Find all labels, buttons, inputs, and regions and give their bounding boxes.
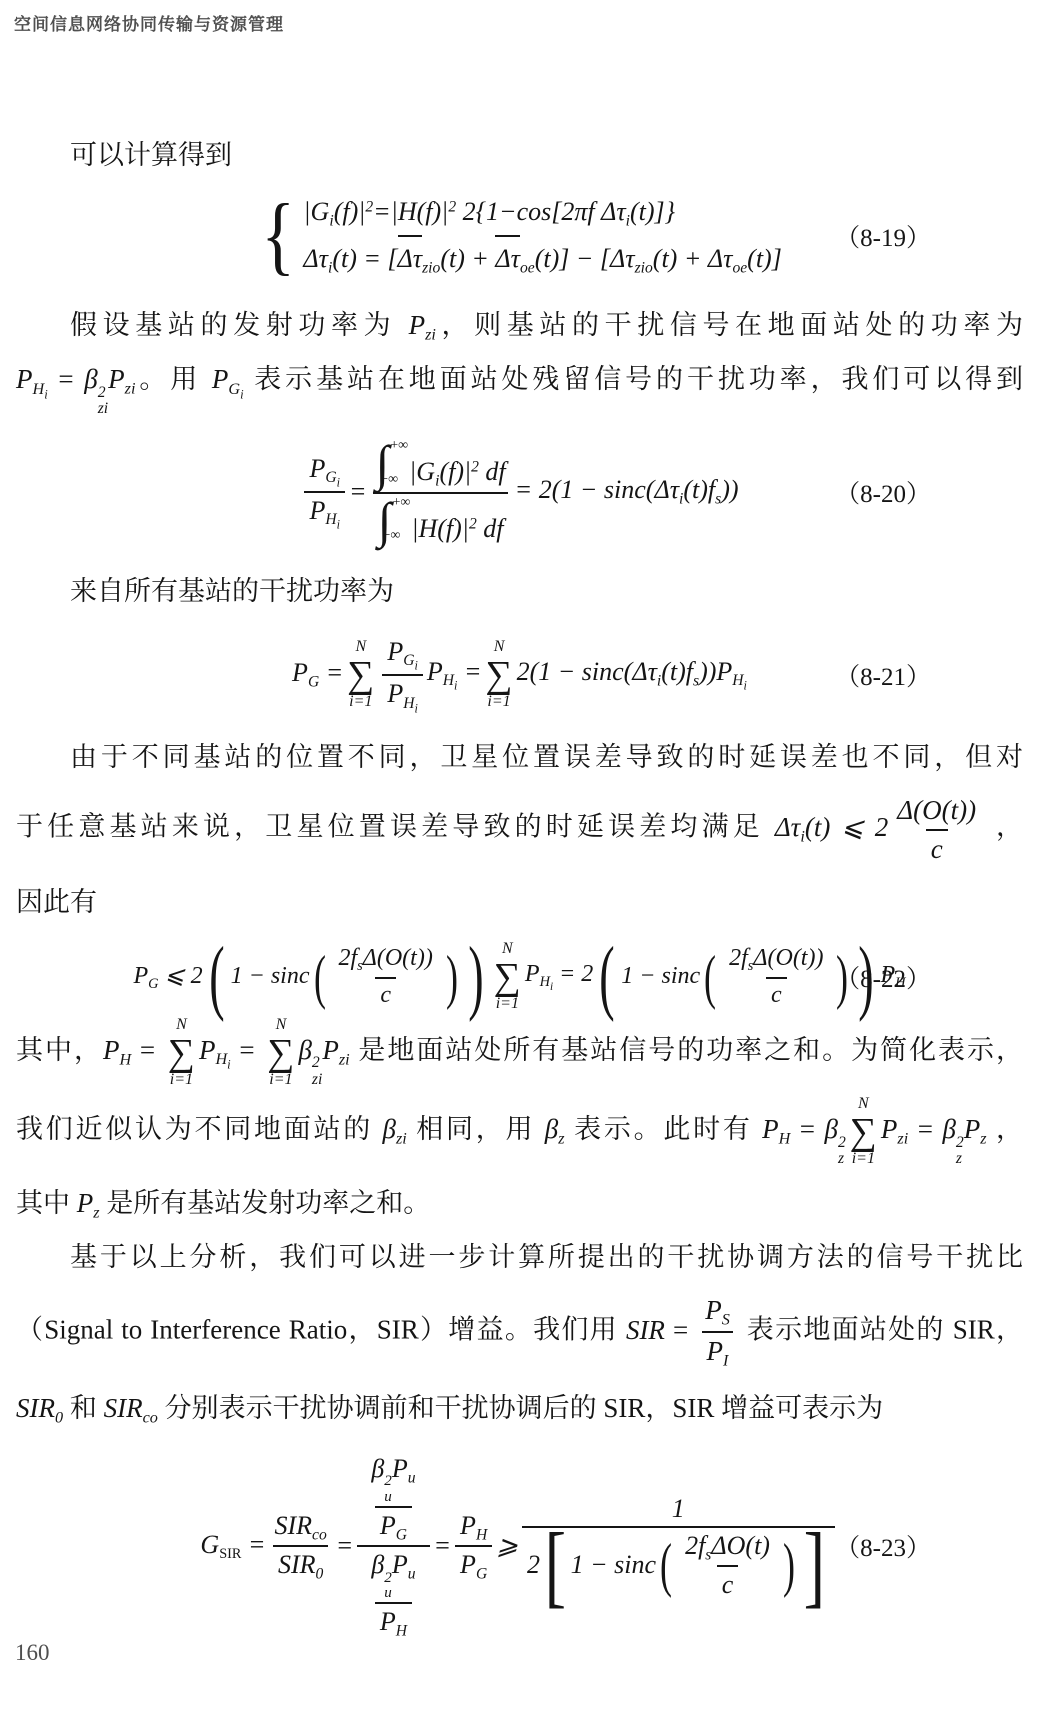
group: β2uPu: [366, 1547, 420, 1602]
math-token: P: [108, 364, 125, 394]
math-token: 因此有: [16, 887, 97, 917]
math-token: Δτ: [495, 235, 520, 281]
math-token: G: [148, 976, 158, 992]
group: Hi: [540, 974, 554, 990]
equation-8-23: GSIR = SIRcoSIR0 = β2uPuPG β2uPuPH = PHP…: [16, 1451, 1023, 1642]
math-token: 1 − sinc: [621, 963, 700, 990]
math-token: (f)|: [439, 457, 471, 486]
math-token: H: [403, 695, 414, 712]
group: PHi = 2: [525, 961, 593, 993]
math-token: oe: [520, 259, 535, 276]
equation-8-20: PGiPHi = ∫+∞−∞|Gi(f)|2 df ∫+∞−∞|H(f)|2 d…: [16, 437, 1023, 546]
group: Hi: [732, 672, 747, 689]
math-token: 2: [471, 459, 479, 476]
group: Pz: [77, 1188, 100, 1218]
fraction-2fsDelta-c: 2fsΔ(O(t))c: [333, 942, 437, 1011]
math-token: H: [476, 1526, 487, 1543]
group: PH: [375, 1602, 412, 1642]
integral: ∫+∞−∞: [378, 494, 412, 546]
fraction-2fsDelta-c: 2fsΔ(O(t))c: [724, 942, 828, 1011]
group: SIRco: [270, 1508, 332, 1546]
math-token: co: [143, 1409, 158, 1427]
group: Hi: [443, 672, 458, 689]
group: PG: [455, 1545, 492, 1585]
math-token: H: [215, 1050, 227, 1068]
group: 2u: [384, 1571, 392, 1603]
math-token: β: [545, 1114, 558, 1144]
summation: N∑i=1: [850, 1096, 877, 1168]
math-token: zi: [425, 326, 436, 344]
math-token: = 2: [553, 961, 593, 987]
math-token: zi: [98, 401, 108, 417]
math-token: ⩾: [496, 1531, 518, 1561]
math-token: 2: [98, 385, 106, 401]
paragraph-PH-line3: 其中 Pz 是所有基站发射功率之和。: [16, 1176, 1023, 1230]
math-token: (t)f: [683, 475, 715, 504]
group: SIR = PSPI: [626, 1315, 739, 1345]
fraction-SIR: SIRcoSIR0: [270, 1508, 332, 1585]
math-token: β: [942, 1114, 955, 1144]
math-token: i: [744, 678, 747, 692]
page-content: 可以计算得到 { |Gi(f)|2=|H(f)|2 2{1−cos[2πf Δτ…: [16, 124, 1023, 1642]
math-token: P: [762, 1114, 779, 1144]
group: PS: [700, 1292, 735, 1332]
summation: N∑i=1: [267, 1017, 294, 1089]
math-token: +∞: [390, 437, 408, 456]
math-token: H: [443, 672, 454, 689]
math-token: Δτ: [303, 244, 328, 273]
group: PH: [455, 1508, 492, 1546]
math-token: P: [387, 637, 403, 666]
group: GSIR =: [200, 1530, 265, 1563]
paragraph-sir-line2: （Signal to Interference Ratio，SIR）增益。我们用…: [16, 1284, 1023, 1381]
math-token: u: [384, 1490, 392, 1506]
math-token: =: [336, 1531, 354, 1561]
math-token: P: [705, 1295, 722, 1325]
math-token: zi: [125, 380, 136, 398]
math-token: β: [383, 1114, 396, 1144]
group: βz: [545, 1114, 565, 1144]
math-token: G: [396, 1526, 407, 1543]
math-token: β: [371, 1454, 384, 1483]
math-token: β: [298, 1035, 311, 1065]
group: PH = β2z: [762, 1114, 846, 1144]
group: 2z: [956, 1135, 964, 1168]
math-token: =: [457, 657, 481, 686]
summation: N∑i=1: [494, 941, 521, 1013]
group: PHi =: [199, 1035, 263, 1065]
math-token: zi: [897, 1130, 908, 1148]
math-token: =: [665, 1315, 696, 1345]
math-token: 假设基站的发射功率为: [70, 310, 409, 340]
math-token: 1 − sinc: [231, 963, 310, 990]
math-token: i=1: [487, 694, 510, 711]
math-token: H: [33, 380, 45, 398]
math-token: SIR: [219, 1546, 241, 1562]
math-token: 2f: [338, 945, 357, 971]
math-token: 1 − sinc: [571, 1547, 656, 1582]
math-token: P: [460, 1511, 476, 1540]
paragraph-assume-line2: PHi = β2ziPzi。用 PGi 表示基站在地面站处残留信号的干扰功率，我…: [16, 352, 1023, 417]
group: 2fsΔ(O(t)): [724, 942, 828, 976]
math-token: Δ(O(t)): [363, 945, 433, 971]
fraction-PGi-PHi: PGiPHi: [304, 451, 345, 533]
math-token: SIR: [278, 1550, 316, 1579]
math-token: 和: [63, 1393, 104, 1423]
group: = 2(1 − sinc(Δτi(t)fs)): [515, 475, 739, 508]
group: 2[1 − sinc(2fsΔO(t)c)]: [522, 1526, 835, 1603]
math-token: G: [325, 469, 336, 486]
math-token: G: [476, 1566, 487, 1583]
math-token: ))P: [699, 657, 732, 686]
group: PGi: [212, 364, 244, 394]
equation-8-21: PG = N∑i=1 PGiPHi PHi = N∑i=1 2(1 − sinc…: [16, 634, 1023, 716]
math-token: =|H(f)|: [373, 197, 448, 226]
math-token: H: [325, 511, 336, 528]
group: Gi: [325, 469, 340, 486]
group: PI: [702, 1331, 734, 1373]
group: Hi: [215, 1050, 230, 1068]
group: ∫+∞−∞|Gi(f)|2 df: [371, 437, 511, 492]
math-token: (t)]: [747, 244, 782, 273]
math-token: df: [479, 457, 506, 486]
paragraph-delay-line3: 因此有: [16, 875, 1023, 929]
math-token: u: [408, 1469, 416, 1486]
page-number: 160: [15, 1640, 50, 1666]
group: β2uPuPG: [366, 1451, 420, 1545]
math-token: c: [926, 829, 948, 867]
math-token: i=1: [170, 1072, 193, 1089]
math-token: ΔO(t): [711, 1531, 770, 1560]
math-token: SIR: [104, 1393, 143, 1423]
group: 2zi: [98, 385, 108, 418]
math-token: 2: [312, 1055, 320, 1071]
math-token: (t)f: [661, 657, 693, 686]
math-token: 相同，用: [407, 1114, 545, 1144]
group: β2uPuPG: [357, 1451, 429, 1545]
math-token: ，: [985, 812, 1023, 842]
math-token: i=1: [496, 996, 519, 1013]
math-token: i: [337, 517, 340, 531]
math-token: i: [415, 659, 418, 673]
math-token: z: [956, 1151, 962, 1167]
math-token: H: [119, 1050, 131, 1068]
math-token: P: [380, 1607, 396, 1636]
math-token: 2: [384, 1474, 392, 1490]
math-token: G: [200, 1530, 219, 1559]
math-token: P: [387, 679, 403, 708]
math-token: Δτ: [398, 235, 423, 281]
math-token: (t)]}: [630, 197, 675, 226]
math-token: ，则基站的干扰信号在地面站处的功率为: [436, 310, 1023, 340]
group: β2uPuPH: [366, 1547, 420, 1641]
math-token: P: [964, 1114, 981, 1144]
math-token: = 2(1 − sinc(Δτ: [515, 475, 679, 504]
math-token: 2: [838, 1135, 846, 1151]
group: βzi: [383, 1114, 407, 1144]
math-token: zi: [312, 1072, 322, 1088]
paragraph-PH-line1: 其中，PH = N∑i=1PHi = N∑i=1β2ziPzi 是地面站处所有基…: [16, 1017, 1023, 1089]
group: ∫+∞−∞|H(f)|2 df: [373, 492, 509, 546]
summation: N∑i=1: [168, 1017, 195, 1089]
equation-number: （8-20）: [835, 474, 931, 510]
math-token: =: [231, 1035, 264, 1065]
group: 2(1 − sinc(Δτi(t)fs))PHi: [517, 657, 747, 694]
math-token: β: [84, 364, 97, 394]
fraction-nested: β2uPuPG β2uPuPH: [357, 1451, 429, 1642]
fraction-PGi-PHi: PGiPHi: [382, 634, 423, 716]
group: 2z: [838, 1135, 846, 1168]
math-token: (t) + Δτ: [653, 244, 733, 273]
group: Hi: [403, 695, 418, 712]
math-token: G: [228, 380, 240, 398]
math-token: c: [766, 977, 787, 1011]
math-token: 表示基站在地面站处残留信号的干扰功率，我们可以得到: [244, 364, 1023, 394]
math-token: 2f: [729, 945, 748, 971]
math-token: zio: [422, 259, 440, 276]
math-token: P: [292, 658, 308, 687]
group: β2uPuPH: [357, 1545, 429, 1641]
equation-number: （8-21）: [835, 657, 931, 693]
group: 2[1 − sinc(2fsΔO(t)c)]: [527, 1528, 830, 1603]
running-header-title: 空间信息网络协同传输与资源管理: [14, 10, 284, 35]
fraction-bound: 1 2[1 − sinc(2fsΔO(t)c)]: [522, 1491, 835, 1603]
math-token: P: [392, 1550, 408, 1579]
math-token: 2(1 − sinc(Δτ: [517, 657, 657, 686]
math-token: 2: [956, 1135, 964, 1151]
math-token: P: [199, 1035, 216, 1065]
math-token: u: [384, 1586, 392, 1602]
math-token: 我们近似认为不同地面站的: [16, 1114, 383, 1144]
group: Pzi: [409, 310, 436, 340]
math-token: 表示。此时有: [565, 1114, 763, 1144]
math-token: P: [16, 364, 33, 394]
math-token: 其中，: [16, 1035, 103, 1065]
math-token: 是所有基站发射功率之和。: [100, 1188, 431, 1218]
math-token: (t) = [: [332, 244, 397, 273]
group: PHi = β2ziPzi: [16, 364, 135, 394]
group: Δτi(t) ⩽ 2Δ(O(t))c: [775, 812, 985, 842]
math-token: Δ(O(t)): [753, 945, 823, 971]
math-token: i=1: [349, 694, 372, 711]
group: β2ziPzi: [298, 1035, 349, 1065]
math-token: i=1: [852, 1151, 875, 1168]
equation-8-19-cases: |Gi(f)|2=|H(f)|2 2{1−cos[2πf Δτi(t)]} Δτ…: [303, 190, 781, 282]
math-token: |G: [409, 457, 435, 486]
math-token: S: [722, 1311, 730, 1329]
math-token: ∑: [494, 958, 521, 996]
group: β2uPu: [366, 1451, 420, 1506]
math-token: 2: [469, 515, 477, 532]
math-token: =: [48, 364, 85, 394]
math-token: 2: [527, 1547, 540, 1582]
math-token: 2: [365, 198, 373, 215]
math-token: 来自所有基站的干扰功率为: [70, 576, 394, 606]
math-token: H: [396, 1623, 407, 1640]
math-token: ∑: [347, 656, 374, 694]
paragraph-assume-line1: 假设基站的发射功率为 Pzi，则基站的干扰信号在地面站处的功率为: [16, 298, 1023, 352]
math-token: zio: [635, 259, 653, 276]
math-token: ，: [987, 1114, 1024, 1144]
math-token: ⩽ 2: [159, 963, 203, 989]
math-token: P: [427, 657, 443, 686]
math-token: 2: [448, 198, 456, 215]
group: 2fsΔ(O(t)): [333, 942, 437, 976]
math-token: H: [732, 672, 743, 689]
math-token: 是地面站处所有基站信号的功率之和。为简化表示，: [350, 1035, 1023, 1065]
math-token: P: [309, 496, 325, 525]
paragraph-intro: 可以计算得到: [16, 128, 1023, 182]
group: PHi =: [427, 657, 482, 694]
math-token: P: [133, 963, 148, 989]
group: PSPI: [700, 1292, 735, 1373]
equation-number: （8-23）: [835, 1528, 931, 1564]
math-token: |H(f)|: [411, 514, 469, 543]
math-token: N: [276, 1017, 287, 1034]
math-token: (f)|: [334, 197, 366, 226]
group: PH =: [103, 1035, 164, 1065]
math-token: (t) +: [440, 244, 495, 273]
math-token: 分别表示干扰协调前和干扰协调后的 SIR，SIR 增益可表示为: [158, 1393, 883, 1423]
group: Pzi = β2zPz: [881, 1114, 987, 1144]
math-token: 于任意基站来说，卫星位置误差导致的时延误差均满足: [16, 812, 775, 842]
equation-number: （8-22）: [835, 959, 931, 995]
math-token: G: [403, 652, 414, 669]
math-token: N: [176, 1017, 187, 1034]
math-token: −∞: [382, 527, 400, 546]
math-token: =: [790, 1114, 824, 1144]
math-token: 其中: [16, 1188, 77, 1218]
group: 2fsΔO(t): [680, 1528, 775, 1566]
math-token: co: [312, 1526, 327, 1543]
math-token: P: [707, 1336, 724, 1366]
math-token: P: [409, 310, 426, 340]
math-token: P: [309, 454, 325, 483]
paragraph-delay-line1: 由于不同基站的位置不同，卫星位置误差导致的时延误差也不同，但对: [16, 730, 1023, 784]
group: 2fsΔO(t)c: [680, 1528, 775, 1603]
math-token: =: [131, 1035, 164, 1065]
group: +∞−∞: [387, 437, 405, 489]
math-token: =: [241, 1530, 265, 1559]
math-token: z: [838, 1151, 844, 1167]
integral: ∫+∞−∞: [376, 437, 410, 489]
math-token: 。用: [135, 364, 211, 394]
math-token: SIR: [626, 1315, 665, 1345]
paragraph-interference: 来自所有基站的干扰功率为: [16, 564, 1023, 618]
math-token: 1: [667, 1491, 690, 1526]
summation: N∑i=1: [485, 639, 512, 711]
math-token: SIR: [275, 1511, 313, 1540]
group: PHi: [382, 674, 423, 716]
math-token: H: [540, 974, 550, 990]
math-token: β: [825, 1114, 838, 1144]
equation-8-19: { |Gi(f)|2=|H(f)|2 2{1−cos[2πf Δτi(t)]} …: [16, 190, 1023, 282]
equation-8-22: PG ⩽ 2 ( 1 − sinc ( 2fsΔ(O(t))c ) ) N∑i=…: [16, 941, 1023, 1013]
math-token: ∑: [168, 1034, 195, 1072]
math-token: 基于以上分析，我们可以进一步计算所提出的干扰协调方法的信号干扰比: [70, 1242, 1023, 1272]
document-page: { "header": {"title": "空间信息网络协同传输与资源管理"}…: [0, 0, 1037, 1709]
math-token: P: [525, 961, 540, 987]
group: 2u: [384, 1474, 392, 1506]
math-token: −∞: [380, 471, 398, 490]
math-token: P: [77, 1188, 94, 1218]
fraction-PH-PG: PHPG: [455, 1508, 492, 1585]
group: Gi: [228, 380, 243, 398]
math-token: u: [408, 1566, 416, 1583]
text-run: 可以计算得到: [70, 140, 232, 170]
math-token: |G: [303, 197, 329, 226]
math-token: df: [477, 514, 504, 543]
math-token: (t) ⩽ 2: [805, 812, 888, 842]
math-token: H: [779, 1130, 791, 1148]
group: SIR0: [16, 1393, 63, 1423]
math-token: Δτ: [775, 812, 801, 842]
group: PG =: [292, 658, 343, 691]
paragraph-PH-line2: 我们近似认为不同地面站的 βzi 相同，用 βz 表示。此时有 PH = β2z…: [16, 1088, 1023, 1176]
group: SIRco: [104, 1393, 158, 1423]
fraction-integrals: ∫+∞−∞|Gi(f)|2 df ∫+∞−∞|H(f)|2 df: [371, 437, 511, 546]
math-token: zi: [339, 1050, 350, 1068]
group: +∞−∞: [389, 494, 407, 546]
math-token: i=1: [269, 1072, 292, 1089]
math-token: P: [103, 1035, 120, 1065]
math-token: Δ(O(t)): [892, 792, 981, 828]
math-token: i: [415, 701, 418, 715]
math-token: β: [371, 1550, 384, 1579]
math-token: =: [319, 658, 343, 687]
math-token: )): [721, 475, 738, 504]
equation-8-19-line1: |Gi(f)|2=|H(f)|2 2{1−cos[2πf Δτi(t)]}: [303, 190, 781, 235]
summation: N∑i=1: [347, 639, 374, 711]
math-token: 2f: [685, 1531, 705, 1560]
math-token: I: [723, 1352, 728, 1370]
math-token: =: [908, 1114, 942, 1144]
group: PGi: [304, 451, 345, 491]
math-token: ∑: [267, 1034, 294, 1072]
math-token: (t)] − [Δτ: [535, 244, 635, 273]
math-token: 0: [55, 1409, 63, 1427]
math-token: P: [322, 1035, 339, 1065]
math-token: 表示地面站处的 SIR，: [739, 1315, 1023, 1345]
math-token: SIR: [16, 1393, 55, 1423]
group: SIR0: [273, 1545, 328, 1585]
equation-8-19-line2: Δτi(t) = [Δτzio(t) + Δτoe(t)] − [Δτzio(t…: [303, 235, 781, 282]
paragraph-sir-line1: 基于以上分析，我们可以进一步计算所提出的干扰协调方法的信号干扰比: [16, 1230, 1023, 1284]
math-token: P: [380, 1511, 396, 1540]
math-token: 2{1−cos[2πf Δτ: [456, 197, 626, 226]
math-token: c: [717, 1565, 739, 1602]
math-token: +∞: [392, 494, 410, 513]
paragraph-delay-line2: 于任意基站来说，卫星位置误差导致的时延误差均满足 Δτi(t) ⩽ 2Δ(O(t…: [16, 784, 1023, 875]
group: Δ(O(t))c: [892, 792, 981, 867]
math-token: oe: [732, 259, 747, 276]
paragraph-sir-line3: SIR0 和 SIRco 分别表示干扰协调前和干扰协调后的 SIR，SIR 增益…: [16, 1381, 1023, 1435]
group: Hi: [33, 380, 48, 398]
group: PHi: [304, 491, 345, 533]
group: 2zi: [312, 1055, 322, 1088]
math-token: =: [349, 477, 367, 507]
group: PGi: [382, 634, 423, 674]
math-token: G: [308, 674, 319, 691]
equation-number: （8-19）: [835, 218, 931, 254]
group: Hi: [325, 511, 340, 528]
math-token: P: [881, 1114, 898, 1144]
math-token: P: [212, 364, 229, 394]
math-token: ∑: [485, 656, 512, 694]
math-token: zi: [396, 1130, 407, 1148]
math-token: 由于不同基站的位置不同，卫星位置误差导致的时延误差也不同，但对: [70, 742, 1023, 772]
math-token: ∑: [850, 1113, 877, 1151]
